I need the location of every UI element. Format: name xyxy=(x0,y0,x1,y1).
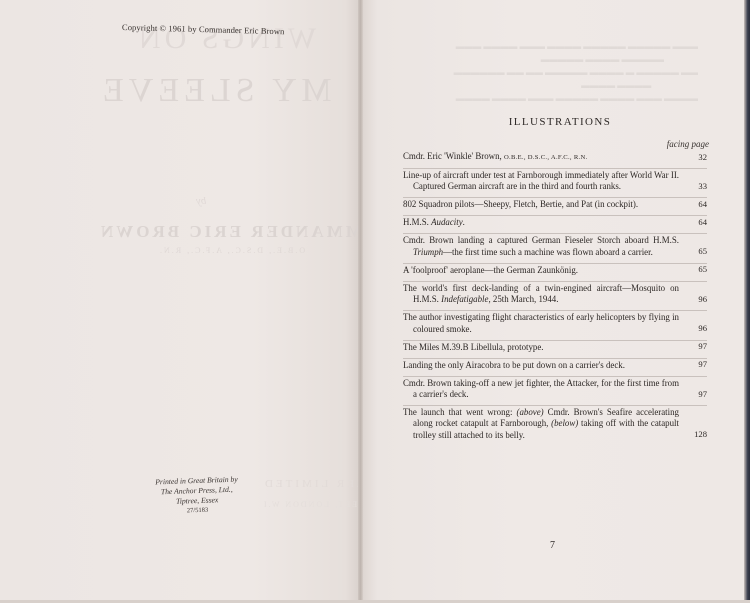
illustration-caption: The world's first deck-landing of a twin… xyxy=(413,283,679,306)
facing-page-number: 97 xyxy=(698,359,707,370)
bleed-through-by: by xyxy=(196,195,206,207)
illustration-entry: The launch that went wrong: (above) Cmdr… xyxy=(403,405,707,446)
caption-fragment: Landing the only Airacobra to be put dow… xyxy=(403,360,625,370)
caption-fragment: The author investigating flight characte… xyxy=(403,312,679,333)
illustration-entry: The Miles M.39.B Libellula, prototype.97 xyxy=(403,340,707,358)
caption-fragment: A 'foolproof' aeroplane—the German Zaunk… xyxy=(403,265,578,275)
facing-page-number: 65 xyxy=(698,246,707,257)
illustration-caption: The Miles M.39.B Libellula, prototype. xyxy=(413,342,679,353)
illustration-caption: Cmdr. Brown landing a captured German Fi… xyxy=(413,235,679,258)
illustrations-heading: ILLUSTRATIONS xyxy=(400,116,720,128)
page-number: 7 xyxy=(550,540,555,551)
caption-fragment: Cmdr. Brown landing a captured German Fi… xyxy=(403,235,679,245)
illustration-caption: Cmdr. Eric 'Winkle' Brown, O.B.E., D.S.C… xyxy=(413,151,679,163)
illustration-entry: Landing the only Airacobra to be put dow… xyxy=(403,358,707,376)
caption-fragment: Line-up of aircraft under test at Farnbo… xyxy=(403,170,679,191)
facing-page-number: 65 xyxy=(698,264,707,275)
illustration-entry: Cmdr. Eric 'Winkle' Brown, O.B.E., D.S.C… xyxy=(403,150,707,168)
bleed-through-title-line-2: MY SLEEVE xyxy=(98,72,332,110)
caption-fragment: Audacity xyxy=(431,217,463,227)
illustrations-list: Cmdr. Eric 'Winkle' Brown, O.B.E., D.S.C… xyxy=(403,150,707,446)
page-edge xyxy=(744,0,750,603)
facing-page-number: 32 xyxy=(698,152,707,163)
caption-fragment: Cmdr. Brown taking-off a new jet fighter… xyxy=(403,378,679,399)
illustration-caption: The author investigating flight characte… xyxy=(413,312,679,335)
facing-page-number: 97 xyxy=(698,341,707,352)
facing-page-label: facing page xyxy=(667,139,709,149)
caption-fragment: O.B.E., D.S.C., A.F.C., R.N. xyxy=(504,154,588,161)
illustration-caption: The launch that went wrong: (above) Cmdr… xyxy=(413,407,679,441)
illustration-caption: Landing the only Airacobra to be put dow… xyxy=(413,360,679,371)
caption-fragment: . xyxy=(463,217,465,227)
illustration-caption: H.M.S. Audacity. xyxy=(413,217,679,228)
facing-page-number: 128 xyxy=(694,429,707,440)
caption-fragment: The launch that went wrong: xyxy=(403,407,516,417)
bleed-through-right-page: ▬▬▬ ▬▬▬▬▬ ▬▬▬▬▬ ▬▬▬▬ ▬▬▬ ▬▬▬▬ ▬▬▬ ▬▬▬▬▬ … xyxy=(448,40,698,105)
illustration-entry: The world's first deck-landing of a twin… xyxy=(403,281,707,310)
illustration-caption: A 'foolproof' aeroplane—the German Zaunk… xyxy=(413,265,679,276)
illustration-entry: Cmdr. Brown landing a captured German Fi… xyxy=(403,233,707,262)
illustration-entry: Line-up of aircraft under test at Farnbo… xyxy=(403,168,707,197)
facing-page-number: 64 xyxy=(698,217,707,228)
caption-fragment: —the first time such a machine was flown… xyxy=(443,247,653,257)
bleed-through-author: COMMANDER ERIC BROWN xyxy=(98,222,393,242)
bleed-through-honours: O.B.E., D.S.C., A.F.C., R.N. xyxy=(158,246,305,255)
facing-page-number: 96 xyxy=(698,323,707,334)
caption-fragment: (below) xyxy=(551,418,578,428)
facing-page-number: 64 xyxy=(698,199,707,210)
caption-fragment: Triumph xyxy=(413,247,443,257)
facing-page-number: 97 xyxy=(698,389,707,400)
illustration-entry: A 'foolproof' aeroplane—the German Zaunk… xyxy=(403,263,707,281)
book-spread: WINGS ON MY SLEEVE by COMMANDER ERIC BRO… xyxy=(0,0,750,603)
caption-fragment: H.M.S. xyxy=(403,217,431,227)
facing-page-number: 33 xyxy=(698,181,707,192)
facing-page-number: 96 xyxy=(698,294,707,305)
left-page: WINGS ON MY SLEEVE by COMMANDER ERIC BRO… xyxy=(0,0,360,600)
illustration-entry: 802 Squadron pilots—Sheepy, Fletch, Bert… xyxy=(403,197,707,215)
caption-fragment: 802 Squadron pilots—Sheepy, Fletch, Bert… xyxy=(403,199,638,209)
caption-fragment: (above) xyxy=(516,407,543,417)
printer-imprint: Printed in Great Britain by The Anchor P… xyxy=(136,474,257,518)
illustration-entry: Cmdr. Brown taking-off a new jet fighter… xyxy=(403,376,707,405)
book-gutter xyxy=(358,0,363,603)
illustration-caption: Cmdr. Brown taking-off a new jet fighter… xyxy=(413,378,679,401)
caption-fragment: Indefatigable xyxy=(441,294,488,304)
illustration-entry: The author investigating flight characte… xyxy=(403,310,707,339)
illustration-caption: 802 Squadron pilots—Sheepy, Fletch, Bert… xyxy=(413,199,679,210)
illustration-caption: Line-up of aircraft under test at Farnbo… xyxy=(413,170,679,193)
caption-fragment: Cmdr. Eric 'Winkle' Brown, xyxy=(403,151,504,161)
caption-fragment: , 25th March, 1944. xyxy=(488,294,558,304)
caption-fragment: The Miles M.39.B Libellula, prototype. xyxy=(403,342,544,352)
illustration-entry: H.M.S. Audacity.64 xyxy=(403,215,707,233)
